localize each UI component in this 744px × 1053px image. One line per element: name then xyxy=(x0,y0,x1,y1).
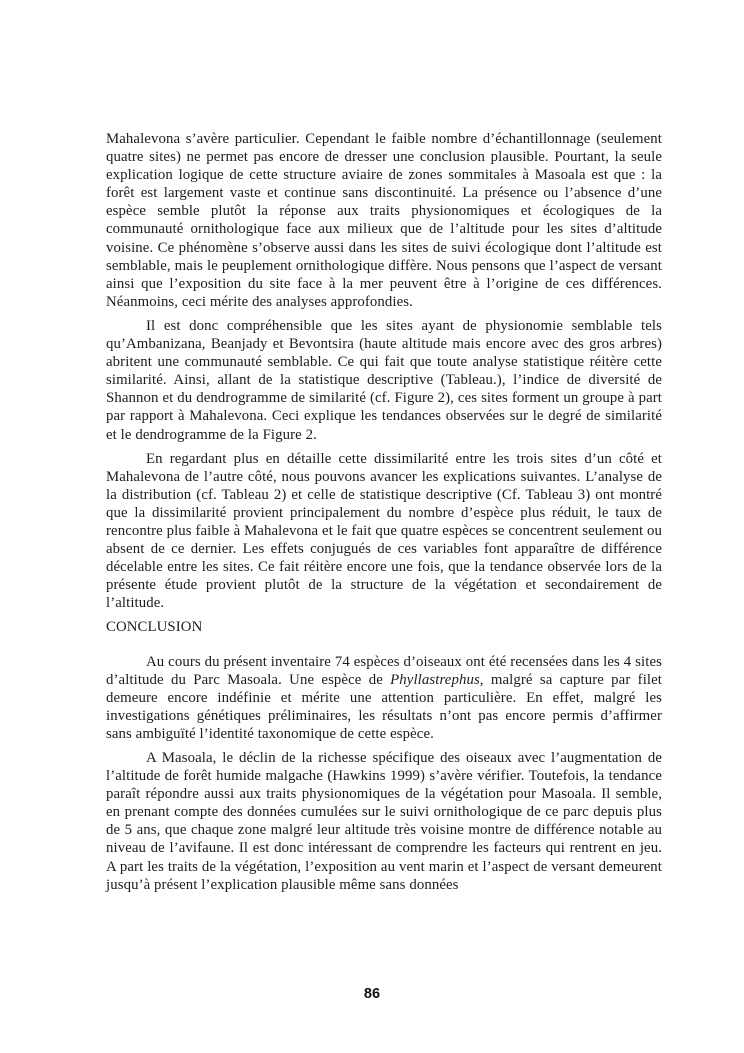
paragraph-sites-physionomie: Il est donc compréhensible que les sites… xyxy=(106,317,662,444)
page-body: Mahalevona s’avère particulier. Cependan… xyxy=(106,130,662,900)
paragraph-inventaire-especes: Au cours du présent inventaire 74 espèce… xyxy=(106,653,662,743)
paragraph-masoala-declin: A Masoala, le déclin de la richesse spéc… xyxy=(106,749,662,894)
paragraph-dissimilarite: En regardant plus en détaille cette diss… xyxy=(106,450,662,613)
conclusion-heading: CONCLUSION xyxy=(106,618,662,636)
page-footer: 86 xyxy=(0,985,744,1003)
page-number: 86 xyxy=(364,986,380,1002)
species-name-phyllastrephus: Phyllastrephus xyxy=(390,672,480,688)
paragraph-mahalevona-discussion: Mahalevona s’avère particulier. Cependan… xyxy=(106,130,662,311)
